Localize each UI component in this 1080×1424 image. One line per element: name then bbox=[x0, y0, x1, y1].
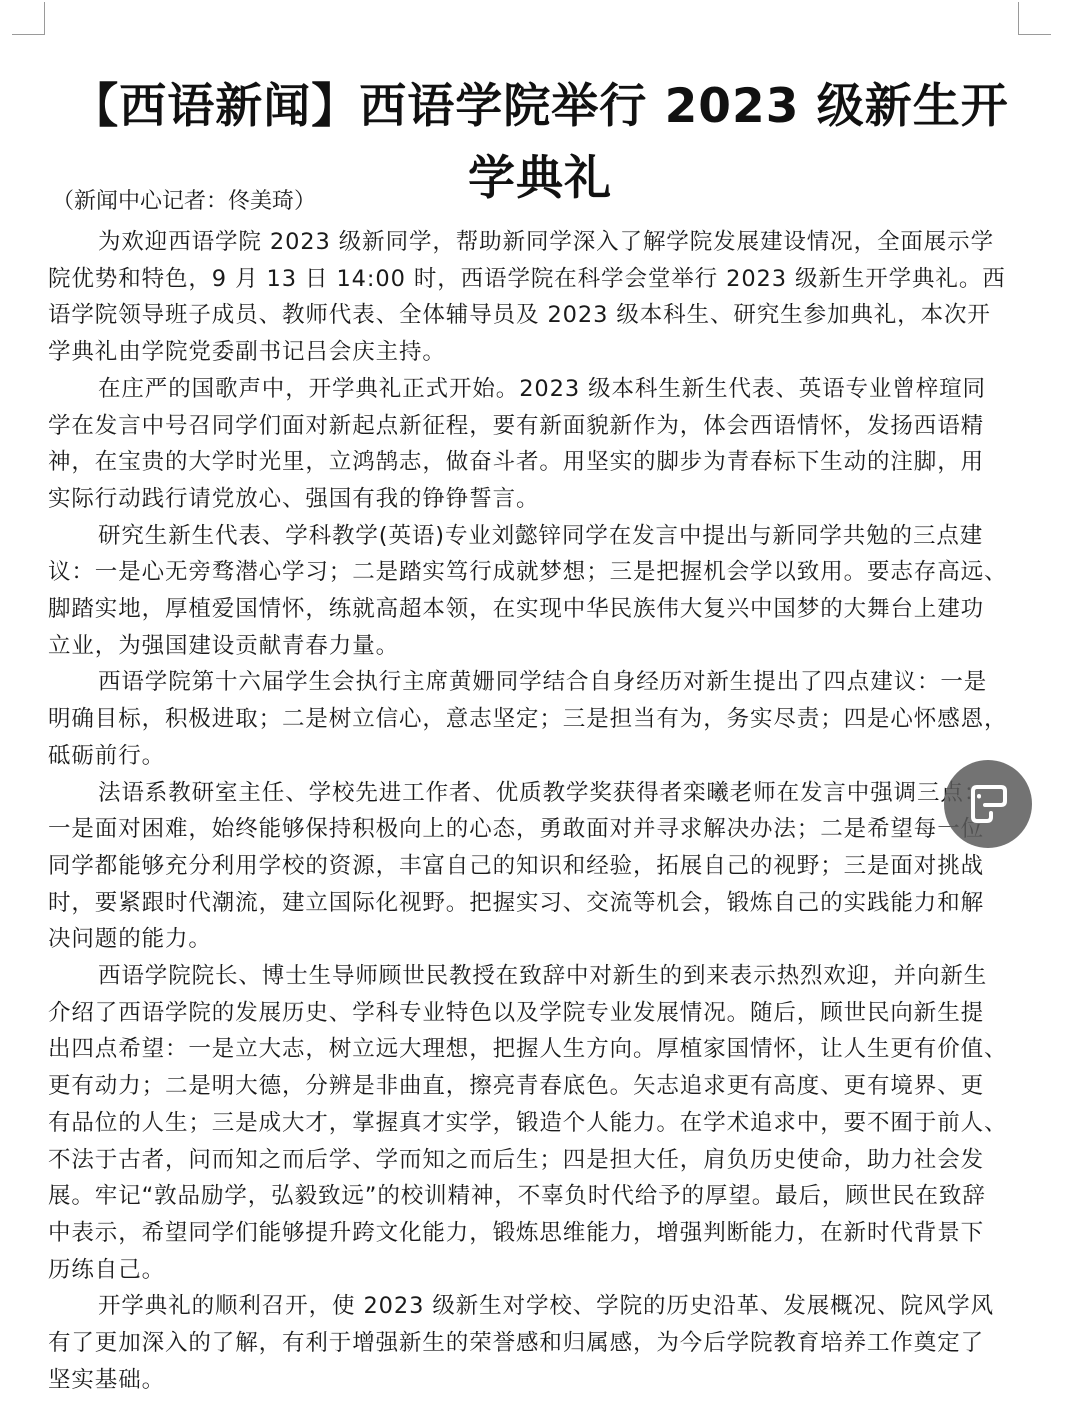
text-line: 有了更加深入的了解，有利于增强新生的荣誉感和归属感，为今后学院教育培养工作奠定了 bbox=[48, 1325, 1038, 1362]
text-line: 展。牢记“敦品励学，弘毅致远”的校训精神，不辜负时代给予的厚望。最后，顾世民在致… bbox=[48, 1178, 1038, 1215]
page-corner-mark-top-right bbox=[1018, 2, 1051, 35]
text-line: 研究生新生代表、学科教学(英语)专业刘懿锌同学在发言中提出与新同学共勉的三点建 bbox=[48, 518, 1038, 555]
paragraph-teacher-speech: 法语系教研室主任、学校先进工作者、优质教学奖获得者栾曦老师在发言中强调三点： 一… bbox=[48, 775, 1038, 959]
text-line: 学典礼由学院党委副书记吕会庆主持。 bbox=[48, 334, 1038, 371]
text-line: 明确目标，积极进取；二是树立信心，意志坚定；三是担当有为，务实尽责；四是心怀感恩… bbox=[48, 701, 1038, 738]
text-line: 出四点希望：一是立大志，树立远大理想，把握人生方向。厚植家国情怀，让人生更有价值… bbox=[48, 1031, 1038, 1068]
paragraph-student-union-speech: 西语学院第十六届学生会执行主席黄姗同学结合自身经历对新生提出了四点建议：一是 明… bbox=[48, 664, 1038, 774]
text-line: 学在发言中号召同学们面对新起点新征程，要有新面貌新作为，体会西语情怀，发扬西语精 bbox=[48, 408, 1038, 445]
text-line: 一是面对困难，始终能够保持积极向上的心态，勇敢面对并寻求解决办法；二是希望每一位 bbox=[48, 811, 1038, 848]
paragraph-opening: 为欢迎西语学院 2023 级新同学，帮助新同学深入了解学院发展建设情况，全面展示… bbox=[48, 224, 1038, 371]
text-line: 语学院领导班子成员、教师代表、全体辅导员及 2023 级本科生、研究生参加典礼，… bbox=[48, 297, 1038, 334]
text-line: 为欢迎西语学院 2023 级新同学，帮助新同学深入了解学院发展建设情况，全面展示… bbox=[48, 224, 1038, 261]
article-body: 为欢迎西语学院 2023 级新同学，帮助新同学深入了解学院发展建设情况，全面展示… bbox=[48, 224, 1038, 1399]
floating-screenshot-button[interactable] bbox=[944, 760, 1032, 848]
text-line: 法语系教研室主任、学校先进工作者、优质教学奖获得者栾曦老师在发言中强调三点： bbox=[48, 775, 1038, 812]
text-line: 中表示，希望同学们能够提升跨文化能力，锻炼思维能力，增强判断能力，在新时代背景下 bbox=[48, 1215, 1038, 1252]
article-byline: （新闻中心记者：佟美琦） bbox=[52, 186, 316, 218]
text-line: 议：一是心无旁骛潜心学习；二是踏实笃行成就梦想；三是把握机会学以致用。要志存高远… bbox=[48, 554, 1038, 591]
text-line: 实际行动践行请党放心、强国有我的铮铮誓言。 bbox=[48, 481, 1038, 518]
text-line: 坚实基础。 bbox=[48, 1362, 1038, 1399]
paragraph-graduate-speech: 研究生新生代表、学科教学(英语)专业刘懿锌同学在发言中提出与新同学共勉的三点建 … bbox=[48, 518, 1038, 665]
text-line: 西语学院第十六届学生会执行主席黄姗同学结合自身经历对新生提出了四点建议：一是 bbox=[48, 664, 1038, 701]
paragraph-undergrad-speech: 在庄严的国歌声中，开学典礼正式开始。2023 级本科生新生代表、英语专业曾梓瑄同… bbox=[48, 371, 1038, 518]
paragraph-conclusion: 开学典礼的顺利召开，使 2023 级新生对学校、学院的历史沿革、发展概况、院风学… bbox=[48, 1288, 1038, 1398]
article-title-line: 【西语新闻】西语学院举行 2023 级新生开 bbox=[40, 71, 1040, 143]
text-line: 历练自己。 bbox=[48, 1252, 1038, 1289]
text-line: 院优势和特色，9 月 13 日 14:00 时，西语学院在科学会堂举行 2023… bbox=[48, 261, 1038, 298]
text-line: 开学典礼的顺利召开，使 2023 级新生对学校、学院的历史沿革、发展概况、院风学… bbox=[48, 1288, 1038, 1325]
text-line: 有品位的人生；三是成大才，掌握真才实学，锻造个人能力。在学术追求中，要不囿于前人… bbox=[48, 1105, 1038, 1142]
text-line: 更有动力；二是明大德，分辨是非曲直，擦亮青春底色。矢志追求更有高度、更有境界、更 bbox=[48, 1068, 1038, 1105]
text-line: 同学都能够充分利用学校的资源，丰富自己的知识和经验，拓展自己的视野；三是面对挑战 bbox=[48, 848, 1038, 885]
page-corner-mark-top-left bbox=[12, 2, 45, 35]
text-line: 决问题的能力。 bbox=[48, 921, 1038, 958]
paragraph-dean-speech: 西语学院院长、博士生导师顾世民教授在致辞中对新生的到来表示热烈欢迎，并向新生 介… bbox=[48, 958, 1038, 1288]
text-line: 脚踏实地，厚植爱国情怀，练就高超本领，在实现中华民族伟大复兴中国梦的大舞台上建功 bbox=[48, 591, 1038, 628]
text-line: 在庄严的国歌声中，开学典礼正式开始。2023 级本科生新生代表、英语专业曾梓瑄同 bbox=[48, 371, 1038, 408]
text-line: 西语学院院长、博士生导师顾世民教授在致辞中对新生的到来表示热烈欢迎，并向新生 bbox=[48, 958, 1038, 995]
text-line: 砥砺前行。 bbox=[48, 738, 1038, 775]
text-line: 时，要紧跟时代潮流，建立国际化视野。把握实习、交流等机会，锻炼自己的实践能力和解 bbox=[48, 885, 1038, 922]
text-line: 立业，为强国建设贡献青春力量。 bbox=[48, 628, 1038, 665]
text-line: 介绍了西语学院的发展历史、学科专业特色以及学院专业发展情况。随后，顾世民向新生提 bbox=[48, 995, 1038, 1032]
screen-capture-icon bbox=[965, 781, 1011, 827]
text-line: 神，在宝贵的大学时光里，立鸿鹄志，做奋斗者。用坚实的脚步为青春标下生动的注脚，用 bbox=[48, 444, 1038, 481]
text-line: 不法于古者，问而知之而后学、学而知之而后生；四是担大任，肩负历史使命，助力社会发 bbox=[48, 1142, 1038, 1179]
